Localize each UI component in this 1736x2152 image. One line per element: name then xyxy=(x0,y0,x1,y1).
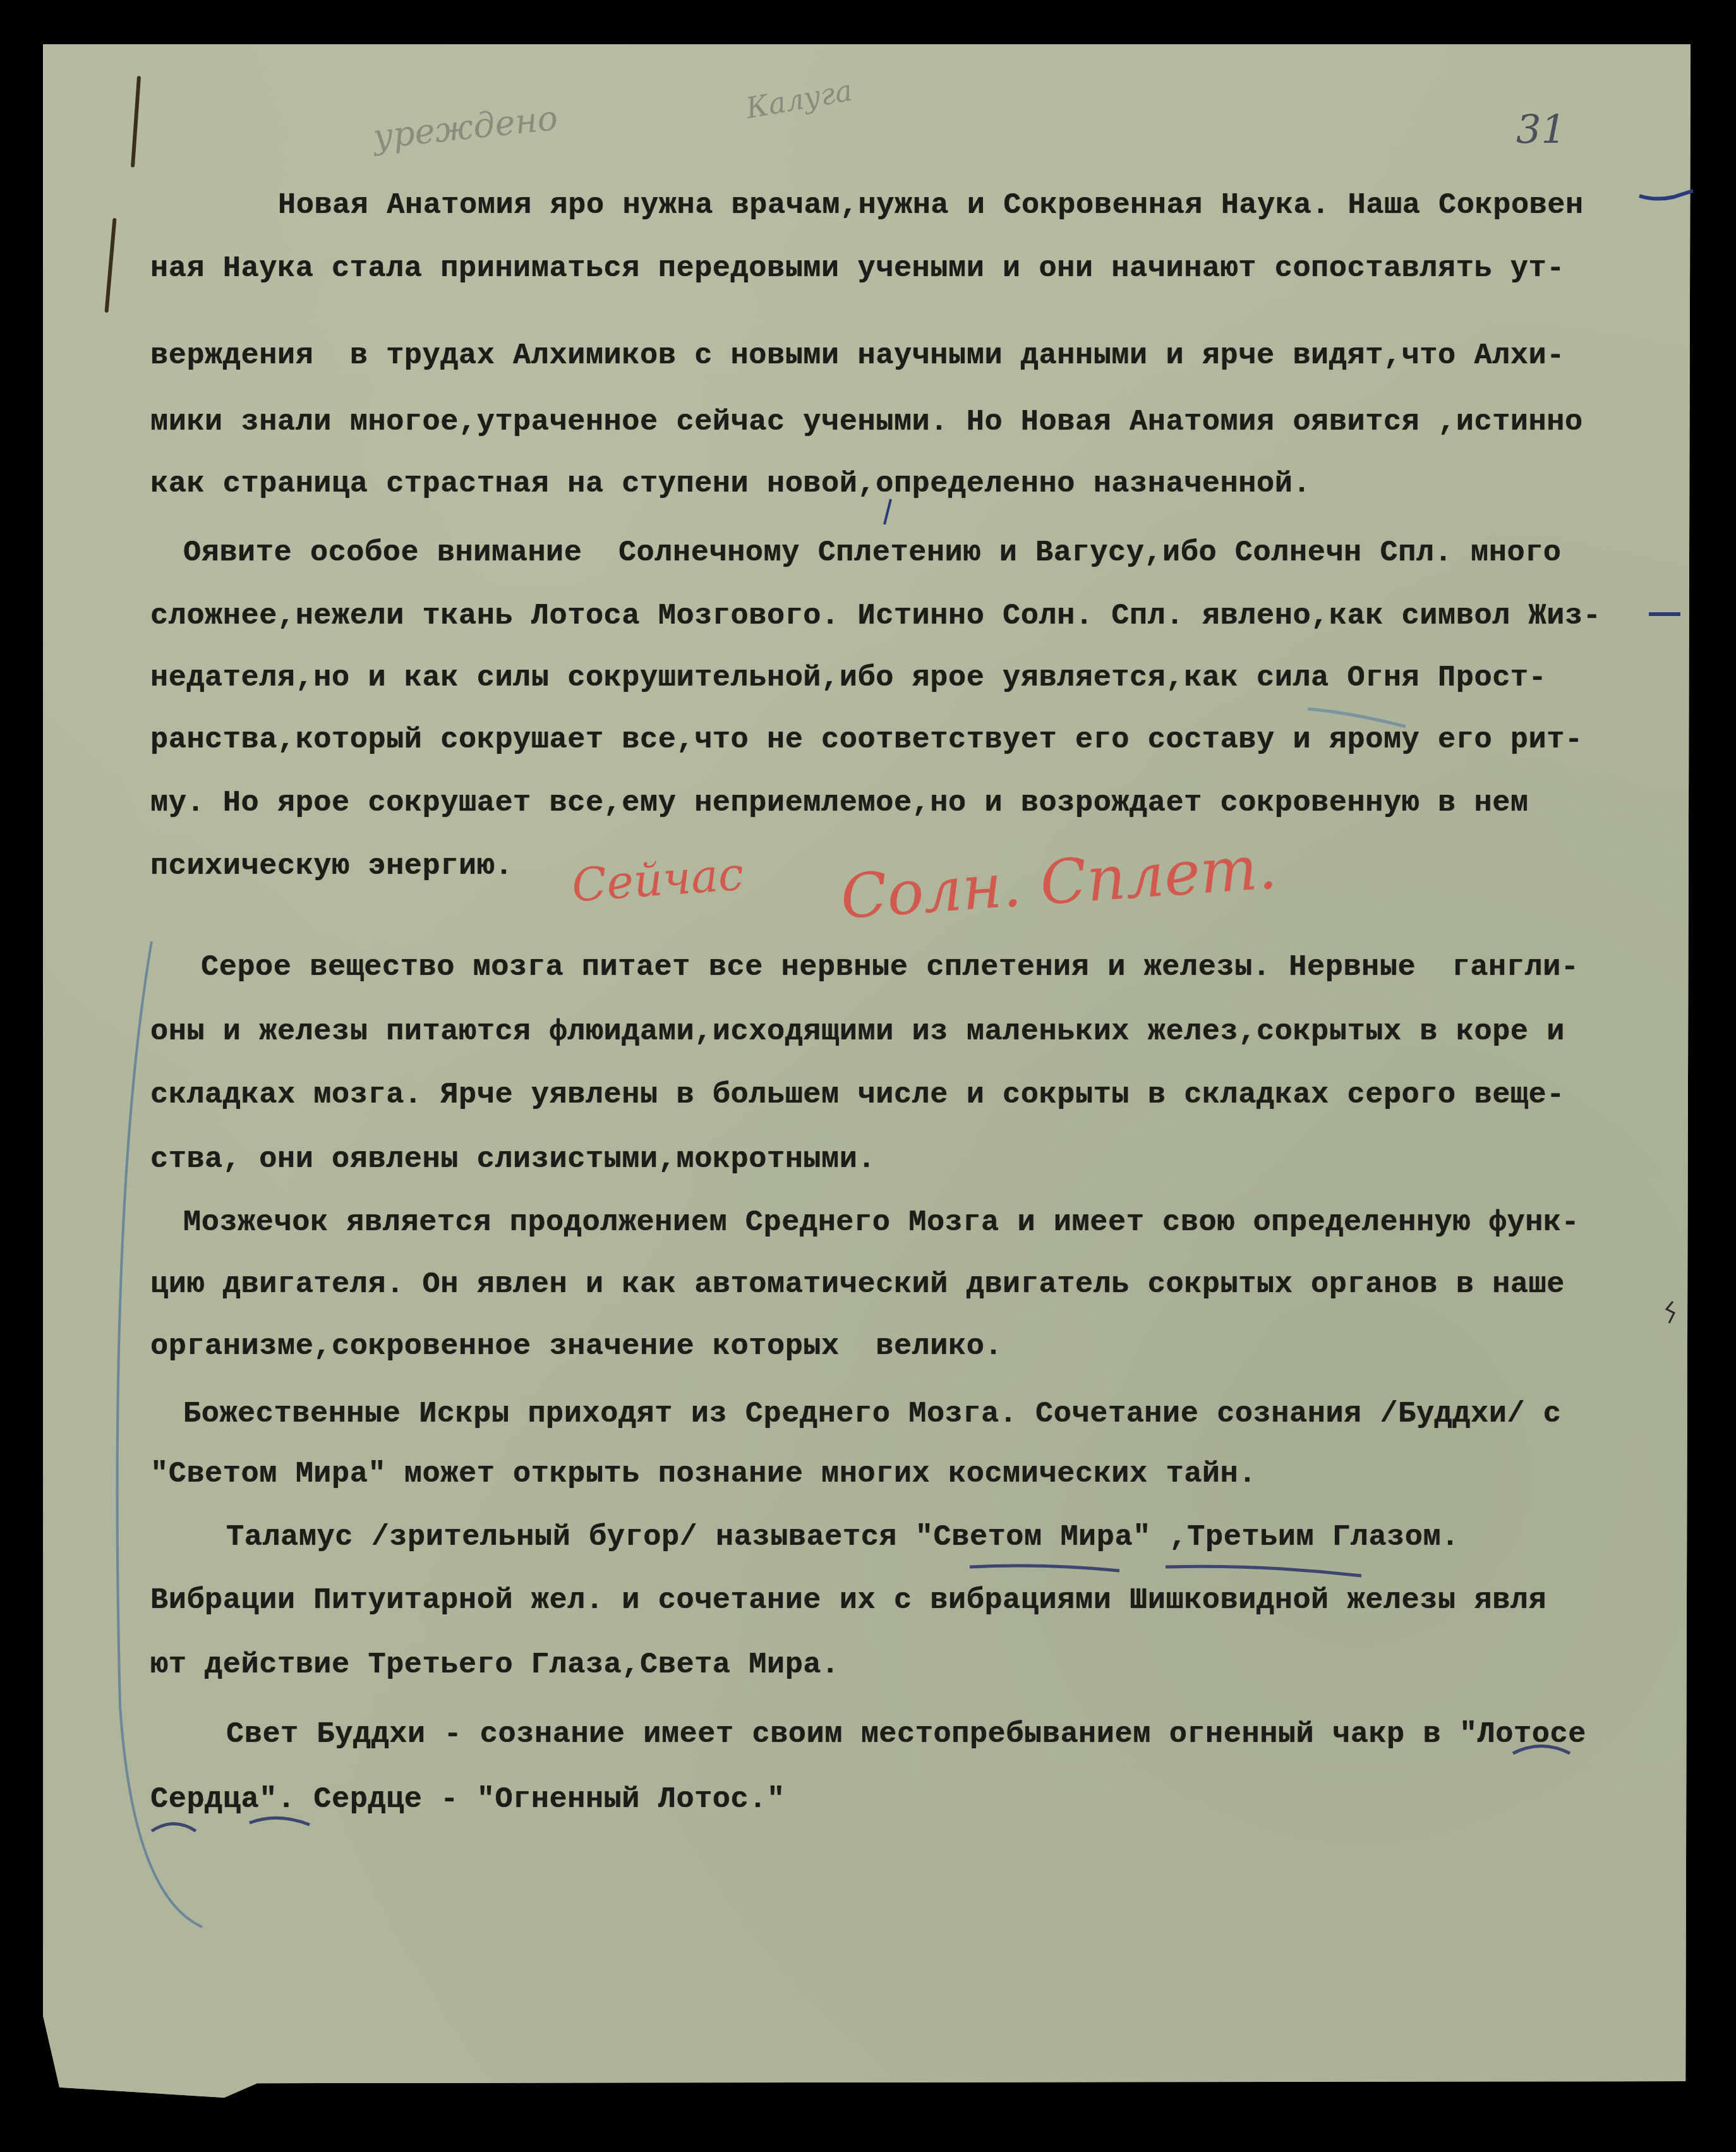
text-line-12: Серое вещество мозга питает все нервные … xyxy=(201,953,1579,982)
text-line-3: верждения в трудах Алхимиков с новыми на… xyxy=(150,341,1565,371)
text-line-18: организме,сокровенное значение которых в… xyxy=(150,1332,1003,1362)
text-line-11: психическую энергию. xyxy=(150,852,513,881)
text-line-1: Новая Анатомия яро нужна врачам,нужна и … xyxy=(278,191,1584,221)
text-line-14: складках мозга. Ярче уявлены в большем ч… xyxy=(150,1080,1565,1110)
text-line-19: Божественные Искры приходят из Среднего … xyxy=(183,1399,1562,1429)
text-line-2: ная Наука стала приниматься передовыми у… xyxy=(150,254,1565,284)
text-line-22: Вибрации Питуитарной жел. и сочетание их… xyxy=(150,1586,1546,1616)
text-line-20: "Светом Мира" может открыть познание мно… xyxy=(150,1460,1257,1489)
text-line-21: Таламус /зрительный бугор/ называется "С… xyxy=(226,1523,1459,1552)
text-line-17: цию двигателя. Он явлен и как автоматиче… xyxy=(150,1270,1565,1300)
text-line-16: Мозжечок является продолжением Среднего … xyxy=(183,1208,1579,1238)
text-line-7: сложнее,нежели ткань Лотоса Мозгового. И… xyxy=(150,601,1601,631)
text-line-8: недателя,но и как силы сокрушительной,иб… xyxy=(150,663,1546,693)
text-line-5: как страница страстная на ступени новой,… xyxy=(150,469,1311,499)
text-line-10: му. Но ярое сокрушает все,ему неприемлем… xyxy=(150,789,1529,818)
text-line-15: ства, они оявлены слизистыми,мокротными. xyxy=(150,1145,876,1175)
text-line-6: Оявите особое внимание Солнечному Сплете… xyxy=(183,538,1562,568)
text-line-24: Свет Буддхи - сознание имеет своим место… xyxy=(226,1720,1586,1750)
text-line-9: ранства,который сокрушает все,что не соо… xyxy=(150,725,1583,755)
page-number: 31 xyxy=(1516,106,1566,152)
text-line-25: Сердца". Сердце - "Огненный Лотос." xyxy=(150,1785,785,1815)
text-line-13: оны и железы питаются флюидами,исходящим… xyxy=(150,1017,1565,1047)
text-line-4: мики знали многое,утраченное сейчас учен… xyxy=(150,408,1583,437)
text-line-23: ют действие Третьего Глаза,Света Мира. xyxy=(150,1650,840,1680)
